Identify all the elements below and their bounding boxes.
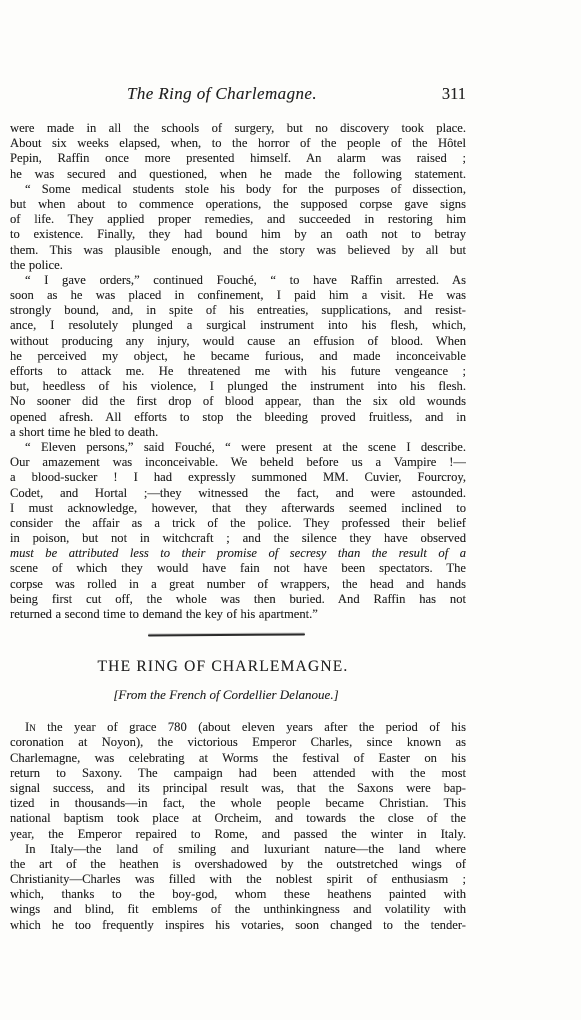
- text-line: them. This was plausible enough, and the…: [10, 243, 466, 258]
- article-title: THE RING OF CHARLEMAGNE.: [0, 658, 451, 676]
- text-line: I must acknowledge, however, that they a…: [10, 501, 466, 516]
- paragraph: “ I gave orders,” continued Fouché, “ to…: [10, 273, 466, 440]
- text-line: a short time he bled to death.: [10, 425, 466, 440]
- text-line: strongly bound, and, in spite of his ent…: [10, 303, 466, 318]
- text-line: ance, I resolutely plunged a surgical in…: [10, 318, 466, 333]
- text-line: in poison, but not in witchcraft ; and t…: [10, 531, 466, 546]
- text-line: consider the affair as a trick of the po…: [10, 516, 466, 531]
- paragraph: “ Some medical students stole his body f…: [10, 182, 466, 273]
- text-line: corpse was rolled in a great number of w…: [10, 577, 466, 592]
- page-number: 311: [442, 84, 466, 104]
- text-line: without producing any injury, would caus…: [10, 334, 466, 349]
- text-line: national baptism took place at Orcheim, …: [10, 811, 466, 826]
- text-line: return to Saxony. The campaign had been …: [10, 766, 466, 781]
- text-line: tized in thousands—in fact, the whole pe…: [10, 796, 466, 811]
- scanned-book-page: The Ring of Charlemagne. 311 were made i…: [0, 0, 581, 1020]
- text-line: which, thanks to the boy-god, whom these…: [10, 887, 466, 902]
- text-line: signal success, and its principal result…: [10, 781, 466, 796]
- text-line: “ Some medical students stole his body f…: [10, 182, 466, 197]
- text-line: a blood-sucker ! I had expressly summone…: [10, 470, 466, 485]
- text-line: wings and blind, fit emblems of the unth…: [10, 902, 466, 917]
- paragraph: In the year of grace 780 (about eleven y…: [10, 720, 466, 842]
- page-header: The Ring of Charlemagne. 311: [10, 84, 466, 104]
- text-line: being first cut off, the whole was then …: [10, 592, 466, 607]
- text-line: but, heedless of his violence, I plunged…: [10, 379, 466, 394]
- text-line: were made in all the schools of surgery,…: [10, 121, 466, 136]
- text-line: but when about to commence operations, t…: [10, 197, 466, 212]
- section-divider-rule: [147, 634, 304, 637]
- text-line: to existence. Finally, they had bound hi…: [10, 227, 466, 242]
- text-line: year, the Emperor repaired to Rome, and …: [10, 827, 466, 842]
- text-line: Pepin, Raffin once more presented himsel…: [10, 151, 466, 166]
- text-line: efforts to attack me. He threatened me w…: [10, 364, 466, 379]
- text-line: “ Eleven persons,” said Fouché, “ were p…: [10, 440, 466, 455]
- text-line: “ I gave orders,” continued Fouché, “ to…: [10, 273, 466, 288]
- text-line: of life. They applied proper remedies, a…: [10, 212, 466, 227]
- text-line: Codet, and Hortal ;—they witnessed the f…: [10, 486, 466, 501]
- text-line: In the year of grace 780 (about eleven y…: [10, 720, 466, 735]
- body-text-top: were made in all the schools of surgery,…: [10, 121, 466, 622]
- text-line: returned a second time to demand the key…: [10, 607, 466, 622]
- text-line: he perceived my object, he became furiou…: [10, 349, 466, 364]
- text-line: which he too frequently inspires his vot…: [10, 918, 466, 933]
- text-line: scene of which they would have fain not …: [10, 561, 466, 576]
- text-line: must be attributed less to their promise…: [10, 546, 466, 561]
- smallcaps-lead-word: In: [25, 720, 36, 734]
- body-text-article: In the year of grace 780 (about eleven y…: [10, 720, 466, 933]
- text-line: In Italy—the land of smiling and luxuria…: [10, 842, 466, 857]
- running-title: The Ring of Charlemagne.: [0, 84, 450, 104]
- text-line: the art of the heathen is overshadowed b…: [10, 857, 466, 872]
- text-line: Charlemagne, was celebrating at Worms th…: [10, 751, 466, 766]
- paragraph: In Italy—the land of smiling and luxuria…: [10, 842, 466, 933]
- text-line: About six weeks elapsed, when, to the ho…: [10, 136, 466, 151]
- text-line: the police.: [10, 258, 466, 273]
- text-line: he was secured and questioned, when he m…: [10, 167, 466, 182]
- text-column: The Ring of Charlemagne. 311 were made i…: [10, 84, 466, 933]
- text-line: coronation at Noyon), the victorious Emp…: [10, 735, 466, 750]
- text-line: opened afresh. All efforts to stop the b…: [10, 410, 466, 425]
- paragraph: were made in all the schools of surgery,…: [10, 121, 466, 182]
- text-line: soon as he was placed in confinement, I …: [10, 288, 466, 303]
- paragraph: “ Eleven persons,” said Fouché, “ were p…: [10, 440, 466, 622]
- text-line: Our amazement was inconceivable. We behe…: [10, 455, 466, 470]
- text-line: No sooner did the first drop of blood ap…: [10, 394, 466, 409]
- article-attribution: [From the French of Cordellier Delanoue.…: [0, 687, 454, 703]
- text-line: Christianity—Charles was filled with the…: [10, 872, 466, 887]
